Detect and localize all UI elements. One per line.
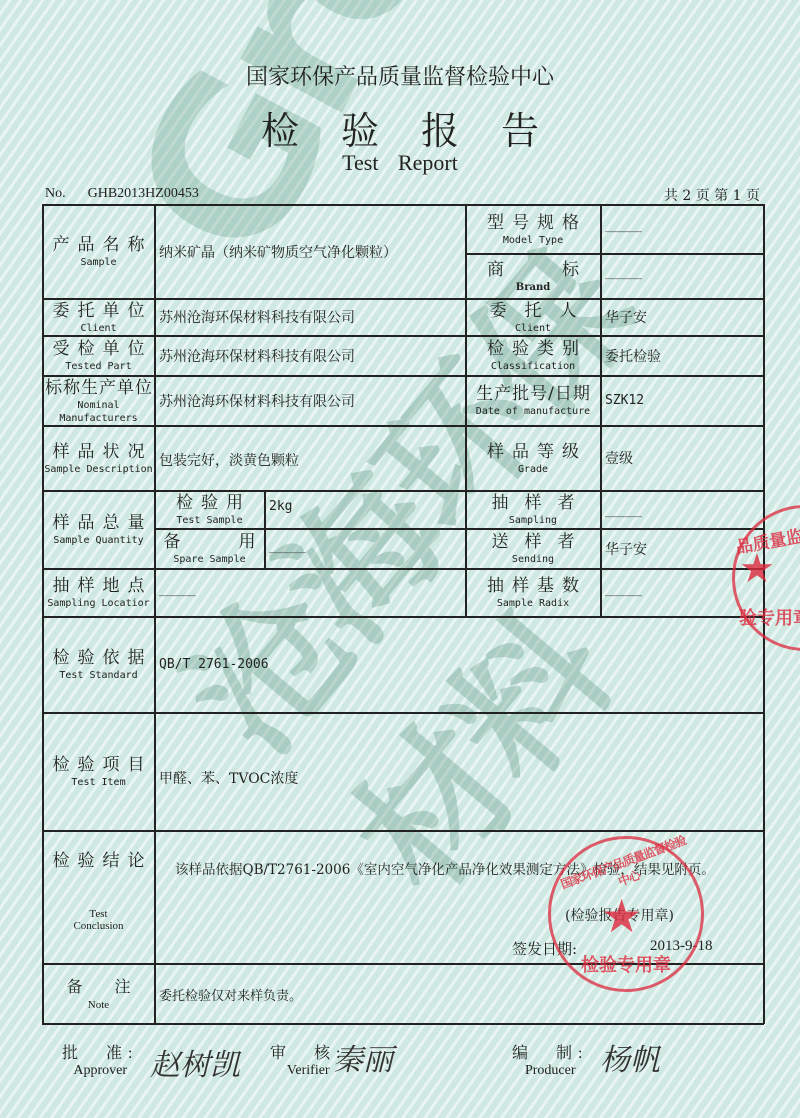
- label-en: Sample Quantity: [53, 534, 143, 547]
- approver-signature: 赵树凯: [150, 1040, 240, 1084]
- issuing-organization: 国家环保产品质量监督检验中心: [0, 60, 800, 91]
- label-en: Test Standard: [59, 669, 137, 682]
- label-en: Sample: [80, 256, 116, 269]
- label-en: Grade: [518, 463, 548, 476]
- label-en: Sampling Locatior: [47, 597, 149, 610]
- label-en: Approver: [62, 1063, 138, 1079]
- report-title-en: Test Report: [0, 150, 800, 176]
- label-cn: 样品状况: [45, 441, 153, 463]
- value-classification: 委托检验: [601, 336, 765, 375]
- value-client-person: 华子安: [601, 299, 765, 335]
- report-number-label: No.: [45, 186, 66, 201]
- label-en: Client: [515, 322, 551, 335]
- label-en: Sample Description: [44, 463, 152, 476]
- value-model-type: ______: [601, 205, 765, 245]
- label-en: Sampling: [509, 514, 557, 527]
- label-en: Tested Part: [65, 360, 131, 373]
- star-icon: ★: [601, 889, 642, 943]
- label-sending: 送样者 Sending: [466, 529, 600, 568]
- label-cn: 抽样基数: [479, 575, 587, 597]
- verifier-signature: 秦丽: [333, 1035, 393, 1079]
- value-location: ______: [155, 569, 469, 609]
- label-en-line2: Conclusion: [73, 920, 123, 932]
- label-en: Test Item: [71, 776, 125, 789]
- label-en-line2: Manufacturers: [59, 412, 137, 425]
- label-quantity: 样品总量 Sample Quantity: [43, 491, 154, 568]
- label-standard: 检验依据 Test Standard: [43, 617, 154, 712]
- label-cn: 生产批号/日期: [475, 383, 591, 405]
- label-en: Model Type: [503, 234, 563, 247]
- seal-text: 检验专用章: [551, 951, 701, 977]
- label-cn: 检验类别: [479, 338, 587, 360]
- value-brand: ______: [601, 254, 765, 290]
- label-cn: 委托单位: [45, 300, 153, 322]
- label-manufacturer: 标称生产单位 Nominal Manufacturers: [43, 376, 154, 425]
- report-title-cn: 检验报告: [0, 100, 800, 155]
- report-number: No.GHB2013HZ00453: [45, 186, 199, 202]
- label-cn: 委托人: [472, 300, 595, 322]
- label-en: Classification: [491, 360, 575, 373]
- label-en: Sending: [512, 553, 554, 566]
- label-cn: 样品等级: [479, 441, 587, 463]
- label-cn: 批 准:: [62, 1040, 138, 1063]
- label-client: 委托单位 Client: [43, 299, 154, 335]
- producer-signature: 杨帆: [600, 1035, 660, 1079]
- value-item: 甲醛、苯、TVOC浓度: [155, 713, 759, 843]
- page-indicator: 共 2 页 第 1 页: [664, 185, 760, 205]
- label-cn: 受检单位: [45, 338, 153, 360]
- value-tested-part: 苏州沧海环保材料科技有限公司: [155, 336, 469, 375]
- label-classification: 检验类别 Classification: [466, 336, 600, 375]
- label-cn: 备 用: [156, 531, 264, 553]
- value-date-of-manufacture: SZK12: [601, 376, 765, 425]
- label-model-type: 型号规格 Model Type: [466, 205, 600, 253]
- label-conclusion: 检验结论: [43, 831, 154, 891]
- label-cn: 产品名称: [45, 234, 153, 256]
- value-sample: 纳米矿晶（纳米矿物质空气净化颗粒）: [155, 205, 469, 298]
- label-cn: 编 制:: [512, 1040, 588, 1063]
- star-icon: ★: [739, 546, 775, 592]
- label-cn: 检验用: [168, 492, 251, 514]
- label-en: Sample Radix: [497, 597, 569, 610]
- label-brand: 商 标 Brand: [466, 254, 600, 298]
- label-location: 抽样地点 Sampling Locatior: [43, 569, 154, 616]
- label-conclusion-en: Test Conclusion: [43, 900, 154, 940]
- label-en-line1: Test: [89, 908, 107, 920]
- label-en: Producer: [512, 1063, 588, 1079]
- value-standard: QB/T 2761-2006: [155, 617, 759, 712]
- value-test-sample: 2kg: [265, 491, 469, 521]
- value-manufacturer: 苏州沧海环保材料科技有限公司: [155, 376, 469, 425]
- label-en: Note: [88, 999, 109, 1011]
- label-sample: 产品名称 Sample: [43, 205, 154, 298]
- value-grade: 壹级: [601, 426, 765, 490]
- label-cn: 抽样者: [476, 492, 591, 514]
- label-cn: 备 注: [58, 977, 138, 999]
- label-en: Client: [80, 322, 116, 335]
- label-en-line1: Nominal: [77, 399, 119, 412]
- label-sampling: 抽样者 Sampling: [466, 491, 600, 528]
- value-spare-sample: ______: [265, 529, 469, 563]
- label-en: Spare Sample: [173, 553, 245, 566]
- label-client-person: 委托人 Client: [466, 299, 600, 335]
- label-note: 备 注 Note: [43, 964, 154, 1023]
- value-client: 苏州沧海环保材料科技有限公司: [155, 299, 469, 335]
- producer-label: 编 制: Producer: [512, 1040, 588, 1079]
- label-grade: 样品等级 Grade: [466, 426, 600, 490]
- label-en: Date of manufacture: [476, 405, 590, 418]
- label-cn: 样品总量: [45, 512, 153, 534]
- label-en: Brand: [516, 281, 550, 294]
- value-sampling: ______: [601, 491, 765, 528]
- seal-text: 验专用章: [739, 604, 800, 630]
- label-cn: 型号规格: [479, 212, 587, 234]
- label-tested-part: 受检单位 Tested Part: [43, 336, 154, 375]
- label-radix: 抽样基数 Sample Radix: [466, 569, 600, 616]
- label-cn: 抽样地点: [45, 575, 153, 597]
- label-test-sample: 检验用 Test Sample: [155, 491, 264, 528]
- label-date-of-manufacture: 生产批号/日期 Date of manufacture: [466, 376, 600, 425]
- label-cn: 检验依据: [45, 647, 153, 669]
- table-border-bottom: [42, 1023, 764, 1025]
- label-cn: 商 标: [479, 259, 587, 281]
- official-seal-stamp: 国家环保产品质量监督检验中心 ★ 检验专用章: [548, 836, 704, 992]
- label-en: Test Sample: [176, 514, 242, 527]
- label-item: 检验项目 Test Item: [43, 713, 154, 830]
- label-spare-sample: 备 用 Spare Sample: [155, 529, 264, 568]
- value-description: 包装完好，淡黄色颗粒: [155, 426, 465, 490]
- label-description: 样品状况 Sample Description: [43, 426, 154, 490]
- label-cn: 标称生产单位: [44, 377, 153, 399]
- label-cn: 送样者: [476, 531, 591, 553]
- approver-label: 批 准: Approver: [62, 1040, 138, 1079]
- label-cn: 检验项目: [45, 754, 153, 776]
- report-number-value: GHB2013HZ00453: [88, 186, 199, 201]
- value-note: 委托检验仅对来样负责。: [155, 974, 559, 1014]
- label-cn: 检验结论: [45, 850, 153, 872]
